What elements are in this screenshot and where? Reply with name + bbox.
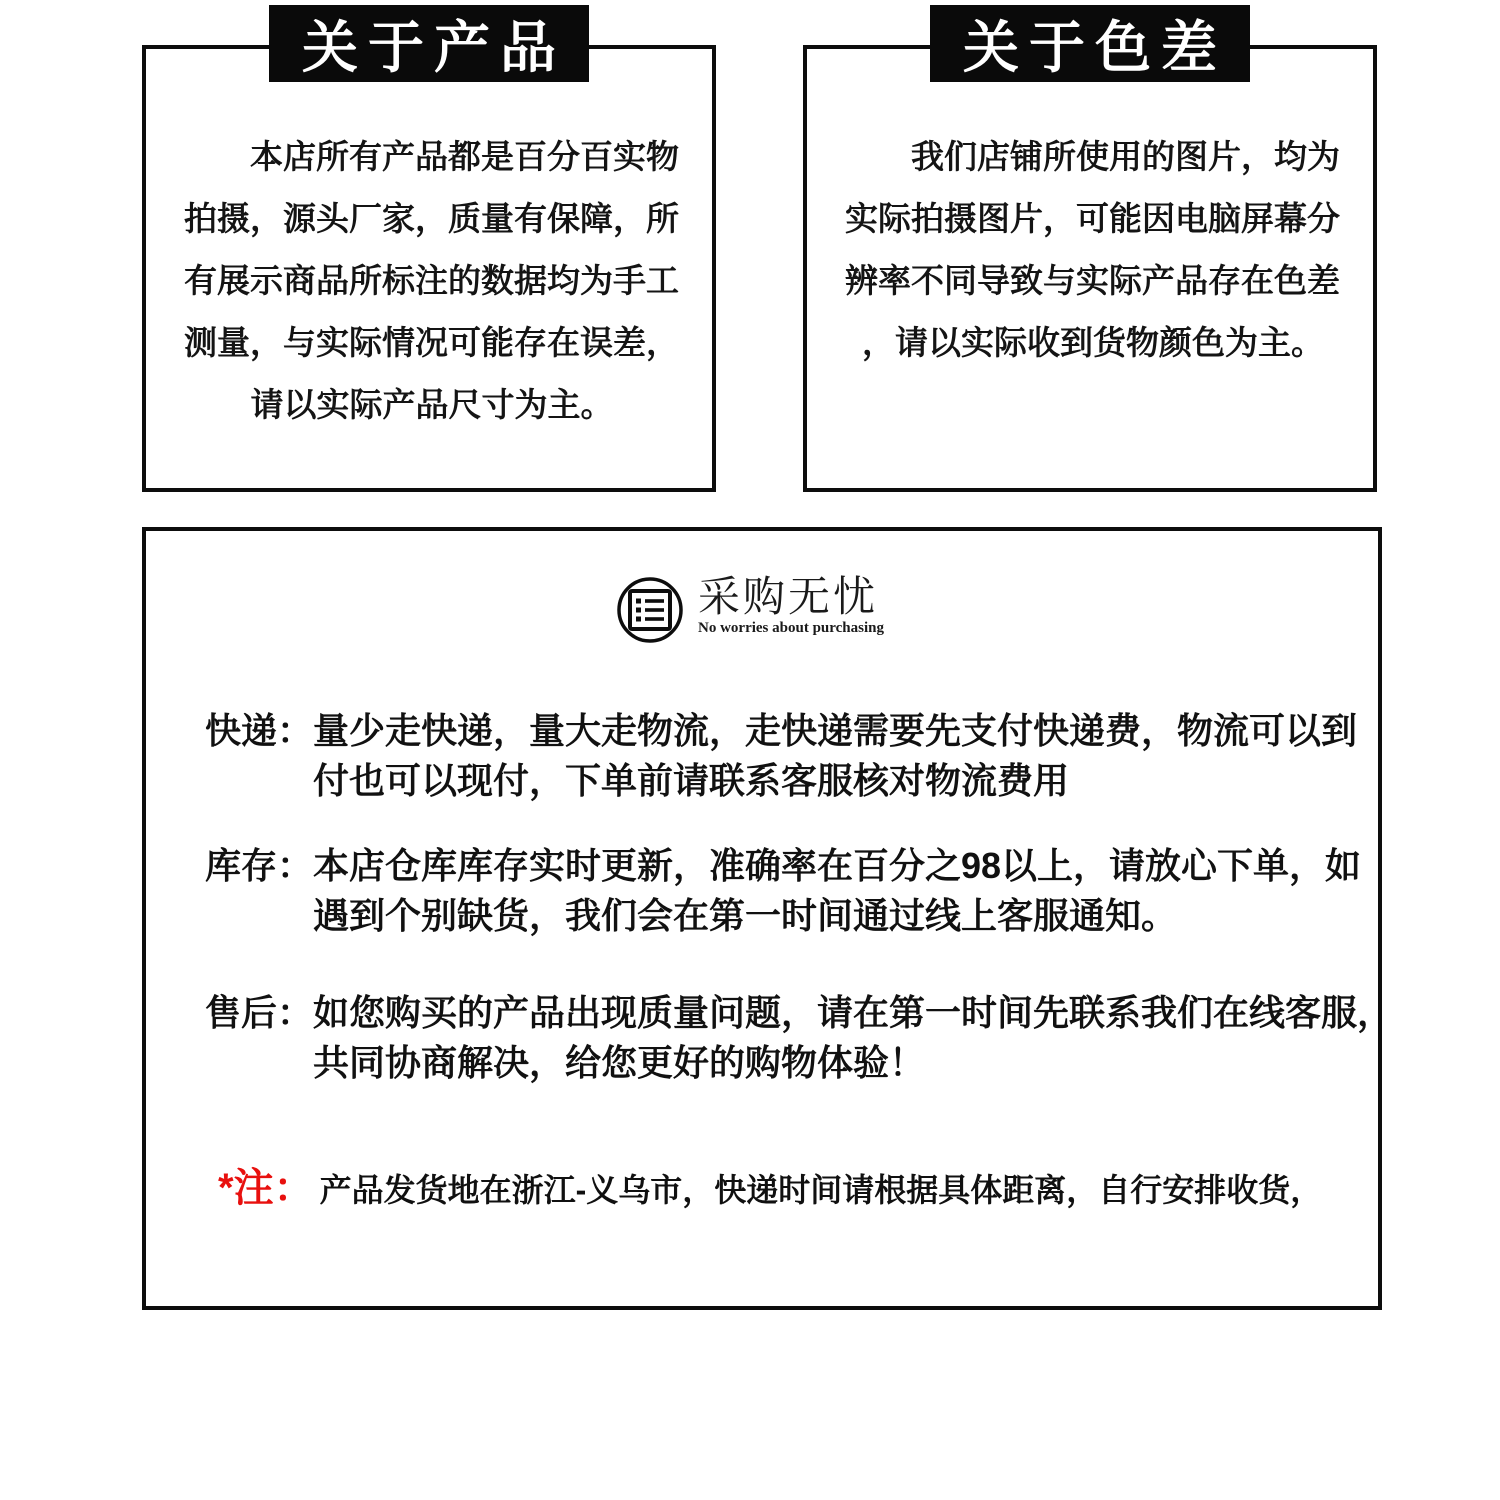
text-line: 我们店铺所使用的图片，均为 [845, 126, 1341, 188]
product-info-page: 关于产品 本店所有产品都是百分百实物拍摄，源头厂家，质量有保障，所有展示商品所标… [0, 0, 1500, 1500]
text-line: 请以实际产品尺寸为主。 [184, 374, 680, 436]
text-line: 本店所有产品都是百分百实物 [184, 126, 680, 188]
stock-text: 本店仓库库存实时更新，准确率在百分之98以上，请放心下单，如遇到个别缺货，我们会… [313, 841, 1375, 941]
logo-title: 采购无忧 [698, 576, 878, 620]
express-item: 快递： 量少走快递，量大走物流，走快递需要先支付快递费，物流可以到付也可以现付，… [205, 706, 1375, 806]
express-text: 量少走快递，量大走物流，走快递需要先支付快递费，物流可以到付也可以现付，下单前请… [313, 706, 1375, 806]
text-line: 测量，与实际情况可能存在误差， [184, 312, 680, 374]
stock-label: 库存： [205, 841, 313, 891]
express-label: 快递： [205, 706, 313, 756]
text-line: 共同协商解决，给您更好的购物体验！ [313, 1038, 1393, 1088]
stock-item: 库存： 本店仓库库存实时更新，准确率在百分之98以上，请放心下单，如遇到个别缺货… [205, 841, 1375, 941]
text-line: 量少走快递，量大走物流，走快递需要先支付快递费，物流可以到 [313, 706, 1375, 756]
purchase-logo: 采购无忧 No worries about purchasing [0, 576, 1500, 644]
about-color-text: 我们店铺所使用的图片，均为实际拍摄图片，可能因电脑屏幕分辨率不同导致与实际产品存… [845, 126, 1341, 374]
about-product-text: 本店所有产品都是百分百实物拍摄，源头厂家，质量有保障，所有展示商品所标注的数据均… [184, 126, 680, 436]
note-label: *注： [218, 1166, 314, 1210]
aftersales-label: 售后： [205, 988, 313, 1038]
about-product-title: 关于产品 [269, 5, 589, 82]
aftersales-text: 如您购买的产品出现质量问题，请在第一时间先联系我们在线客服，共同协商解决，给您更… [313, 988, 1393, 1088]
text-line: 实际拍摄图片，可能因电脑屏幕分 [845, 188, 1341, 250]
logo-subtitle: No worries about purchasing [698, 620, 884, 636]
text-line: ，请以实际收到货物颜色为主。 [845, 312, 1341, 374]
text-line: 付也可以现付，下单前请联系客服核对物流费用 [313, 756, 1375, 806]
aftersales-item: 售后： 如您购买的产品出现质量问题，请在第一时间先联系我们在线客服，共同协商解决… [205, 988, 1375, 1088]
list-document-icon [616, 576, 684, 644]
shipping-note: *注：产品发货地在浙江-义乌市，快递时间请根据具体距离，自行安排收货， [218, 1156, 1322, 1213]
text-line: 有展示商品所标注的数据均为手工 [184, 250, 680, 312]
text-line: 如您购买的产品出现质量问题，请在第一时间先联系我们在线客服， [313, 988, 1393, 1038]
text-line: 遇到个别缺货，我们会在第一时间通过线上客服通知。 [313, 891, 1375, 941]
text-line: 本店仓库库存实时更新，准确率在百分之98以上，请放心下单，如 [313, 841, 1375, 891]
text-line: 辨率不同导致与实际产品存在色差 [845, 250, 1341, 312]
text-line: 拍摄，源头厂家，质量有保障，所 [184, 188, 680, 250]
note-text: 产品发货地在浙江-义乌市，快递时间请根据具体距离，自行安排收货， [320, 1172, 1323, 1208]
about-color-title: 关于色差 [930, 5, 1250, 82]
